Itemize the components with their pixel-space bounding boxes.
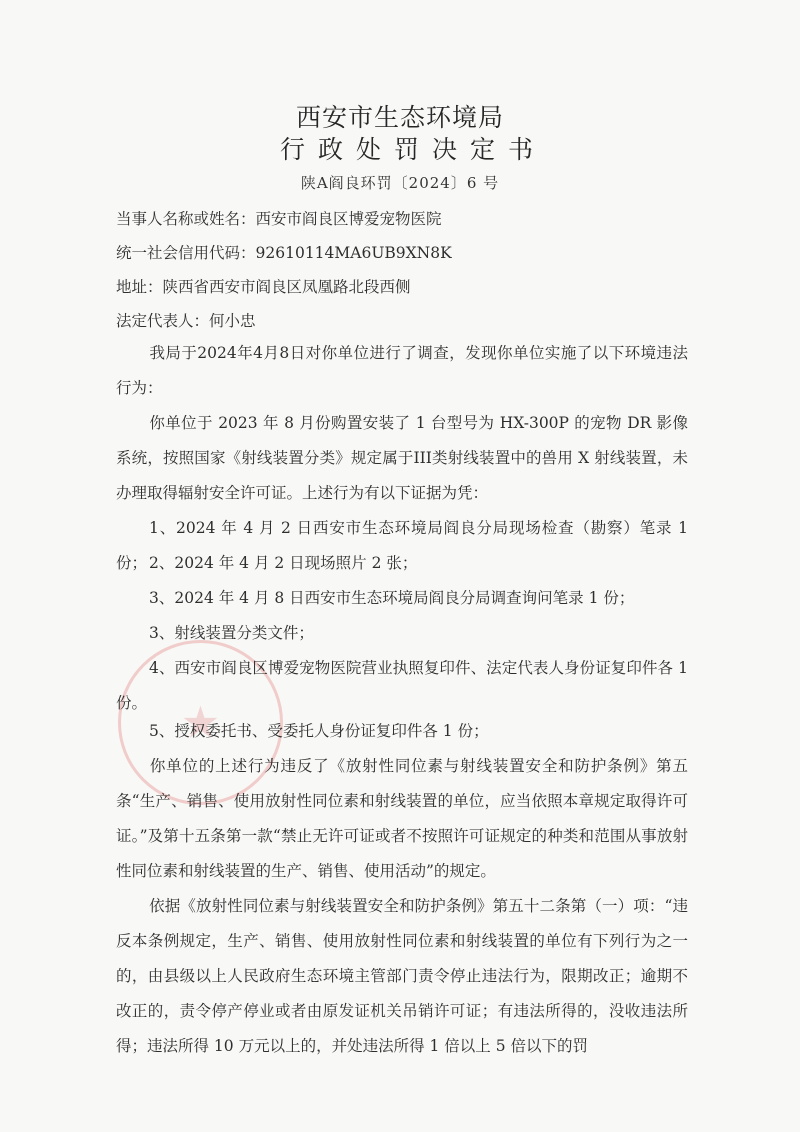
evidence-item-3: 3、2024 年 4 月 8 日西安市生态环境局阎良分局调查询问笔录 1 份；	[116, 581, 688, 616]
credit-code-value: 92610114MA6UB9XN8K	[256, 244, 452, 262]
credit-code-line: 统一社会信用代码：92610114MA6UB9XN8K	[116, 241, 452, 263]
violation-description-paragraph: 你单位于 2023 年 8 月份购置安装了 1 台型号为 HX-300P 的宠物…	[116, 406, 688, 511]
evidence-item-5: 4、西安市阎良区博爱宠物医院营业执照复印件、法定代表人身份证复印件各 1 份。	[116, 651, 688, 721]
document-number: 陕A阎良环罚〔2024〕6 号	[0, 172, 800, 193]
address-line: 地址：陕西省西安市阎良区凤凰路北段西侧	[116, 275, 411, 297]
document-page: ★ 西安市生态环境局 行政处罚决定书 陕A阎良环罚〔2024〕6 号 当事人名称…	[0, 0, 800, 1132]
agency-title: 西安市生态环境局	[0, 98, 800, 134]
legal-representative-value: 何小忠	[209, 312, 256, 330]
party-name-line: 当事人名称或姓名：西安市阎良区博爱宠物医院	[116, 207, 442, 229]
address-value: 陕西省西安市阎良区凤凰路北段西侧	[163, 278, 411, 296]
investigation-paragraph: 我局于2024年4月8日对你单位进行了调查，发现你单位实施了以下环境违法行为：	[116, 336, 688, 406]
legal-representative-line: 法定代表人：何小忠	[116, 309, 256, 331]
evidence-item-4: 3、射线装置分类文件；	[116, 616, 688, 651]
legal-violation-paragraph: 你单位的上述行为违反了《放射性同位素与射线装置安全和防护条例》第五条“生产、销售…	[116, 749, 688, 889]
address-label: 地址：	[116, 278, 163, 296]
document-type-title: 行政处罚决定书	[0, 130, 800, 166]
evidence-item-2: 2、2024 年 4 月 2 日现场照片 2 张；	[116, 546, 688, 581]
credit-code-label: 统一社会信用代码：	[116, 244, 256, 262]
legal-representative-label: 法定代表人：	[116, 312, 209, 330]
party-name-label: 当事人名称或姓名：	[116, 210, 256, 228]
party-name-value: 西安市阎良区博爱宠物医院	[256, 210, 442, 228]
legal-basis-paragraph: 依据《放射性同位素与射线装置安全和防护条例》第五十二条第（一）项：“违反本条例规…	[116, 889, 688, 1064]
evidence-item-6: 5、授权委托书、受委托人身份证复印件各 1 份；	[116, 714, 688, 749]
